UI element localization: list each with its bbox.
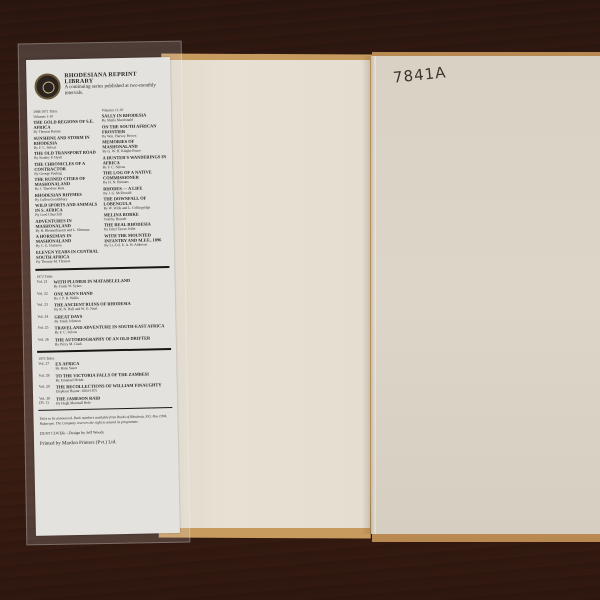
volume-entry: Vol. 29The Recollections of William Fina… — [39, 382, 172, 394]
title-columns: 1968/1971 Titles Volumes 1-10 The Gold R… — [27, 103, 174, 265]
volume-entry: Vol. 23The Ancient Ruins of RhodesiaBy R… — [37, 300, 170, 312]
dust-jacket-flap: RHODESIANA REPRINT LIBRARY A continuing … — [26, 57, 180, 536]
volume-author: By Hans Sauer — [55, 366, 79, 371]
volume-entry: Vol. 30 (Pt. 1)The Jameson RaidBy Hugh M… — [39, 394, 172, 406]
book-author: By Lt.-Col. E. A. H. Alderson — [104, 242, 169, 248]
volume-entry: Vol. 28To the Victoria Falls of the Zamb… — [39, 371, 172, 383]
volume-number: Vol. 30 (Pt. 1) — [39, 396, 53, 406]
volume-author: By Frank W. Sykes — [54, 283, 131, 289]
section-1973: 1973 Titles Vol. 27Ex AfricaBy Hans Saue… — [32, 354, 177, 406]
volume-number: Vol. 26 — [38, 337, 52, 347]
volume-author: By J. P. R. Wallis — [54, 295, 93, 300]
series-logo-icon — [34, 73, 61, 100]
volume-entry: Vol. 22One Man's HandBy J. P. R. Wallis — [37, 289, 170, 301]
volume-number: Vol. 25 — [38, 326, 52, 336]
right-column: Volumes 11-20 Sally in RhodesiaBy Sheila… — [102, 107, 170, 263]
printer-credit: Printed by Mardon Printers (Pvt.) Ltd. — [34, 436, 178, 450]
volume-number: Vol. 27 — [38, 362, 52, 372]
left-column: 1968/1971 Titles Volumes 1-10 The Gold R… — [33, 109, 101, 265]
volume-author: By R. N. Hall and W. G. Neal — [54, 306, 131, 312]
endpaper-right — [371, 56, 600, 534]
volume-number: Vol. 28 — [39, 373, 53, 383]
book-title: With the Mounted Infantry and M.F.F., 18… — [104, 232, 169, 243]
volume-entry: Vol. 21With Plumer in MatabelelandBy Fra… — [37, 277, 170, 289]
volume-number: Vol. 21 — [37, 280, 51, 290]
volume-number: Vol. 29 — [39, 385, 53, 395]
book-author: By Thomas M. Thomas — [36, 258, 101, 264]
volume-entry: Vol. 26The Autobiography of an Old Drift… — [38, 335, 171, 347]
flap-header: RHODESIANA REPRINT LIBRARY A continuing … — [26, 57, 171, 106]
volume-author: By Frank Johnson — [54, 318, 82, 323]
volume-number: Vol. 24 — [37, 314, 51, 324]
series-subtitle: A continuing series published at two-mon… — [65, 83, 165, 97]
volume-number: Vol. 22 — [37, 291, 51, 301]
volume-number: Vol. 23 — [37, 303, 51, 313]
divider — [37, 348, 171, 353]
volume-entry: Vol. 24Great DaysBy Frank Johnson — [37, 312, 170, 324]
section-1972: 1972 Titles Vol. 21With Plumer in Matabe… — [31, 272, 176, 347]
volume-author: By Hugh Marshall Hole — [56, 400, 100, 405]
divider — [35, 266, 169, 271]
volume-entry: Vol. 25Travel and Adventure in South-Eas… — [38, 323, 171, 335]
endpaper-left — [170, 60, 370, 528]
gutter — [362, 56, 376, 534]
volume-entry: Vol. 27Ex AfricaBy Hans Sauer — [38, 359, 171, 371]
divider — [38, 407, 172, 411]
